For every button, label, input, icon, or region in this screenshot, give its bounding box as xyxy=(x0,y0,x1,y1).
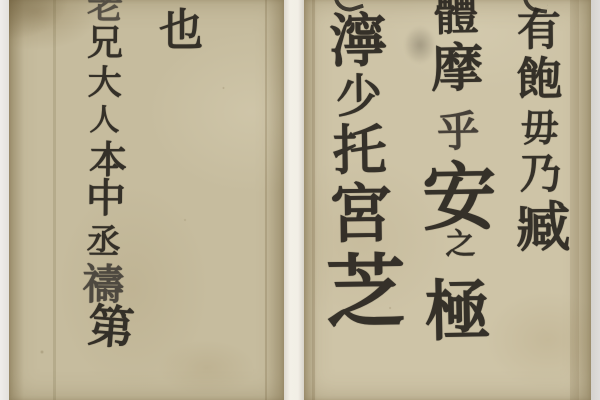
calligraphy-character: 人 xyxy=(89,107,119,136)
calligraphy-character: 摩 xyxy=(431,43,484,93)
calligraphy-character: 毋 xyxy=(521,110,559,146)
calligraphy-character: 托 xyxy=(332,124,387,176)
paper-crease xyxy=(53,0,56,400)
mount-strip-left xyxy=(0,0,9,400)
mount-gap-center xyxy=(284,0,304,400)
text-column-left-sheet-lone: 也 xyxy=(155,10,207,52)
paper-crease xyxy=(265,0,267,400)
text-column-right-sheet-2: 體摩乎安之極 xyxy=(415,0,503,343)
calligraphy-character: 有 xyxy=(517,10,561,52)
calligraphy-character: 第 xyxy=(86,305,135,352)
calligraphy-character: 臧 xyxy=(516,202,571,254)
calligraphy-character: 安 xyxy=(422,162,497,234)
calligraphy-character: 兄 xyxy=(87,26,123,60)
calligraphy-character: 少 xyxy=(336,75,383,119)
calligraphy-character: 中 xyxy=(86,180,126,218)
paper-crease xyxy=(312,0,315,400)
calligraphy-sheet-right: 有飽毋乃臧 體摩乎安之極 濘少托宮芝 xyxy=(304,0,591,400)
calligraphy-sheet-left: 也 老兄大人本中丞禱第 xyxy=(9,0,284,400)
calligraphy-character: 乎 xyxy=(437,112,480,153)
text-column-right-sheet-3: 濘少托宮芝 xyxy=(324,14,396,331)
paper-corner-shadow xyxy=(9,0,69,40)
calligraphy-character: 芝 xyxy=(325,253,406,330)
mount-strip-right xyxy=(591,0,600,400)
calligraphy-character: 丞 xyxy=(86,226,120,259)
calligraphy-character: 大 xyxy=(88,67,122,100)
calligraphy-character: 體 xyxy=(434,0,479,37)
calligraphy-character: 濘 xyxy=(329,14,388,70)
calligraphy-character: 乃 xyxy=(519,153,561,193)
calligraphy-photograph: 也 老兄大人本中丞禱第 有飽毋乃臧 體摩乎安之極 濘少托宮芝 xyxy=(0,0,600,400)
calligraphy-character: 極 xyxy=(424,279,491,343)
calligraphy-character: 也 xyxy=(159,10,203,52)
calligraphy-character: 宮 xyxy=(328,185,393,247)
text-column-right-sheet-1: 有飽毋乃臧 xyxy=(499,10,582,255)
calligraphy-character: 飽 xyxy=(516,58,562,102)
calligraphy-character: 老 xyxy=(87,0,123,23)
calligraphy-character: 之 xyxy=(445,231,475,260)
text-column-left-sheet-main: 老兄大人本中丞禱第 xyxy=(66,0,142,350)
calligraphy-character: 本 xyxy=(89,142,127,178)
